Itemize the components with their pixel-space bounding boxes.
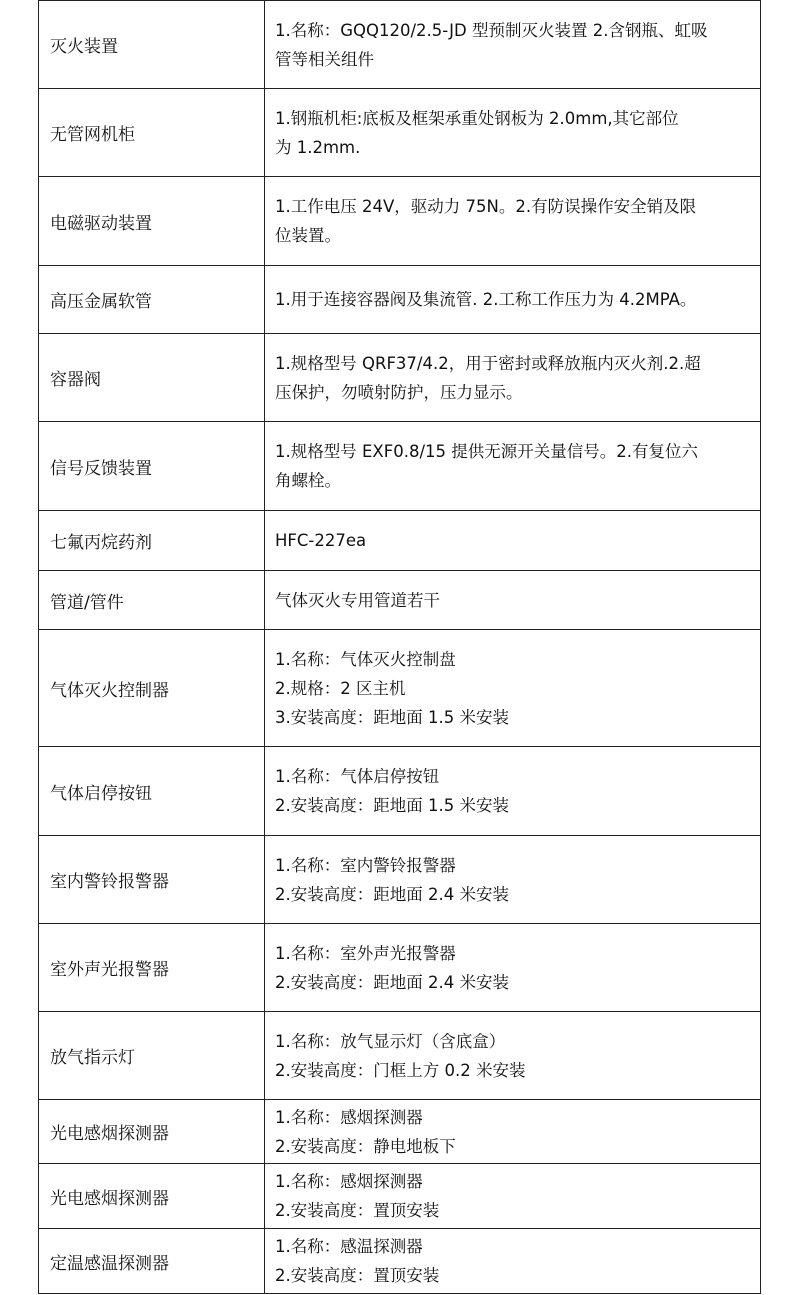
equipment-name: 七氟丙烷药剂 xyxy=(50,533,152,553)
equipment-name-cell: 信号反馈装置 xyxy=(39,422,265,511)
table-row-3: 电磁驱动装置 1.工作电压 24V，驱动力 75N。2.有防误操作安全销及限位装… xyxy=(39,177,761,266)
description-line: 1.名称：气体启停按钮 xyxy=(275,762,752,791)
equipment-description-cell: HFC-227ea xyxy=(265,511,761,571)
equipment-name: 高压金属软管 xyxy=(50,292,152,312)
equipment-name: 室内警铃报警器 xyxy=(50,872,169,892)
description-line: 2.安装高度：距地面 2.4 米安装 xyxy=(275,968,752,997)
equipment-description-cell: 1.名称：感烟探测器2.安装高度：置顶安装 xyxy=(265,1164,761,1229)
description-line: 2.规格：2 区主机 xyxy=(275,674,752,703)
spec-table-body: 灭火装置 1.名称：GQQ120/2.5-JD 型预制灭火装置 2.含钢瓶、虹吸… xyxy=(39,1,761,1294)
table-row-1: 灭火装置 1.名称：GQQ120/2.5-JD 型预制灭火装置 2.含钢瓶、虹吸… xyxy=(39,1,761,89)
equipment-name: 无管网机柜 xyxy=(50,125,135,145)
description-line: 1.名称：感烟探测器 xyxy=(275,1103,752,1132)
equipment-description-cell: 1.名称：放气显示灯（含底盒）2.安装高度：门框上方 0.2 米安装 xyxy=(265,1012,761,1100)
equipment-description-cell: 1.名称：气体启停按钮2.安装高度：距地面 1.5 米安装 xyxy=(265,747,761,836)
equipment-description-cell: 气体灭火专用管道若干 xyxy=(265,571,761,630)
description-line: 角螺栓。 xyxy=(275,466,752,495)
equipment-name: 室外声光报警器 xyxy=(50,960,169,980)
description-line: 1.名称：GQQ120/2.5-JD 型预制灭火装置 2.含钢瓶、虹吸 xyxy=(275,16,752,45)
description-line: 1.名称：放气显示灯（含底盒） xyxy=(275,1027,752,1056)
equipment-name: 放气指示灯 xyxy=(50,1048,135,1068)
equipment-name-cell: 室外声光报警器 xyxy=(39,924,265,1012)
equipment-description-cell: 1.工作电压 24V，驱动力 75N。2.有防误操作安全销及限位装置。 xyxy=(265,177,761,266)
description-line: 气体灭火专用管道若干 xyxy=(275,586,752,615)
equipment-name: 定温感温探测器 xyxy=(50,1254,169,1274)
description-line: 1.工作电压 24V，驱动力 75N。2.有防误操作安全销及限 xyxy=(275,192,752,221)
equipment-name: 容器阀 xyxy=(50,370,101,390)
equipment-name: 气体启停按钮 xyxy=(50,784,152,804)
equipment-name-cell: 气体灭火控制器 xyxy=(39,630,265,747)
equipment-description-cell: 1.用于连接容器阀及集流管. 2.工称工作压力为 4.2MPA。 xyxy=(265,266,761,334)
table-row-9: 气体灭火控制器 1.名称：气体灭火控制盘2.规格：2 区主机3.安装高度：距地面… xyxy=(39,630,761,747)
equipment-name-cell: 气体启停按钮 xyxy=(39,747,265,836)
table-row-14: 光电感烟探测器 1.名称：感烟探测器2.安装高度：静电地板下 xyxy=(39,1100,761,1164)
equipment-name: 气体灭火控制器 xyxy=(50,681,169,701)
table-row-13: 放气指示灯 1.名称：放气显示灯（含底盒）2.安装高度：门框上方 0.2 米安装 xyxy=(39,1012,761,1100)
equipment-name: 管道/管件 xyxy=(50,593,124,613)
equipment-description-cell: 1.名称：气体灭火控制盘2.规格：2 区主机3.安装高度：距地面 1.5 米安装 xyxy=(265,630,761,747)
description-line: 1.名称：气体灭火控制盘 xyxy=(275,645,752,674)
description-line: 1.名称：室外声光报警器 xyxy=(275,939,752,968)
table-row-10: 气体启停按钮 1.名称：气体启停按钮2.安装高度：距地面 1.5 米安装 xyxy=(39,747,761,836)
table-row-5: 容器阀 1.规格型号 QRF37/4.2，用于密封或释放瓶内灭火剂.2.超压保护… xyxy=(39,334,761,422)
equipment-description-cell: 1.名称：GQQ120/2.5-JD 型预制灭火装置 2.含钢瓶、虹吸管等相关组… xyxy=(265,1,761,89)
equipment-name: 信号反馈装置 xyxy=(50,459,152,479)
equipment-spec-table: 灭火装置 1.名称：GQQ120/2.5-JD 型预制灭火装置 2.含钢瓶、虹吸… xyxy=(38,0,761,1294)
table-row-16: 定温感温探测器 1.名称：感温探测器2.安装高度：置顶安装 xyxy=(39,1229,761,1294)
table-row-4: 高压金属软管 1.用于连接容器阀及集流管. 2.工称工作压力为 4.2MPA。 xyxy=(39,266,761,334)
description-line: 3.安装高度：距地面 1.5 米安装 xyxy=(275,703,752,732)
equipment-name-cell: 高压金属软管 xyxy=(39,266,265,334)
description-line: 2.安装高度：距地面 1.5 米安装 xyxy=(275,791,752,820)
equipment-description-cell: 1.名称：感温探测器2.安装高度：置顶安装 xyxy=(265,1229,761,1294)
equipment-description-cell: 1.名称：室外声光报警器2.安装高度：距地面 2.4 米安装 xyxy=(265,924,761,1012)
equipment-description-cell: 1.名称：感烟探测器2.安装高度：静电地板下 xyxy=(265,1100,761,1164)
description-line: 2.安装高度：门框上方 0.2 米安装 xyxy=(275,1056,752,1085)
description-line: 2.安装高度：静电地板下 xyxy=(275,1132,752,1161)
equipment-name-cell: 无管网机柜 xyxy=(39,89,265,177)
equipment-name-cell: 光电感烟探测器 xyxy=(39,1100,265,1164)
description-line: 位装置。 xyxy=(275,221,752,250)
description-line: 1.钢瓶机柜:底板及框架承重处钢板为 2.0mm,其它部位 xyxy=(275,104,752,133)
table-row-6: 信号反馈装置 1.规格型号 EXF0.8/15 提供无源开关量信号。2.有复位六… xyxy=(39,422,761,511)
description-line: 1.名称：室内警铃报警器 xyxy=(275,851,752,880)
description-line: 1.规格型号 QRF37/4.2，用于密封或释放瓶内灭火剂.2.超 xyxy=(275,349,752,378)
equipment-name-cell: 管道/管件 xyxy=(39,571,265,630)
description-line: 压保护，勿喷射防护，压力显示。 xyxy=(275,378,752,407)
equipment-name: 光电感烟探测器 xyxy=(50,1124,169,1144)
description-line: HFC-227ea xyxy=(275,526,752,555)
description-line: 2.安装高度：置顶安装 xyxy=(275,1261,752,1290)
equipment-name-cell: 七氟丙烷药剂 xyxy=(39,511,265,571)
equipment-description-cell: 1.规格型号 EXF0.8/15 提供无源开关量信号。2.有复位六角螺栓。 xyxy=(265,422,761,511)
description-line: 2.安装高度：距地面 2.4 米安装 xyxy=(275,880,752,909)
equipment-name-cell: 定温感温探测器 xyxy=(39,1229,265,1294)
equipment-description-cell: 1.名称：室内警铃报警器2.安装高度：距地面 2.4 米安装 xyxy=(265,836,761,924)
equipment-name: 光电感烟探测器 xyxy=(50,1189,169,1209)
equipment-name: 灭火装置 xyxy=(50,37,118,57)
equipment-name-cell: 容器阀 xyxy=(39,334,265,422)
description-line: 1.名称：感烟探测器 xyxy=(275,1167,752,1196)
table-row-7: 七氟丙烷药剂 HFC-227ea xyxy=(39,511,761,571)
equipment-name-cell: 放气指示灯 xyxy=(39,1012,265,1100)
equipment-name-cell: 电磁驱动装置 xyxy=(39,177,265,266)
equipment-name: 电磁驱动装置 xyxy=(50,214,152,234)
equipment-name-cell: 室内警铃报警器 xyxy=(39,836,265,924)
description-line: 1.名称：感温探测器 xyxy=(275,1232,752,1261)
description-line: 为 1.2mm. xyxy=(275,133,752,162)
table-row-12: 室外声光报警器 1.名称：室外声光报警器2.安装高度：距地面 2.4 米安装 xyxy=(39,924,761,1012)
table-row-15: 光电感烟探测器 1.名称：感烟探测器2.安装高度：置顶安装 xyxy=(39,1164,761,1229)
table-row-11: 室内警铃报警器 1.名称：室内警铃报警器2.安装高度：距地面 2.4 米安装 xyxy=(39,836,761,924)
table-row-2: 无管网机柜 1.钢瓶机柜:底板及框架承重处钢板为 2.0mm,其它部位为 1.2… xyxy=(39,89,761,177)
equipment-description-cell: 1.钢瓶机柜:底板及框架承重处钢板为 2.0mm,其它部位为 1.2mm. xyxy=(265,89,761,177)
equipment-name-cell: 光电感烟探测器 xyxy=(39,1164,265,1229)
description-line: 管等相关组件 xyxy=(275,45,752,74)
equipment-name-cell: 灭火装置 xyxy=(39,1,265,89)
table-row-8: 管道/管件 气体灭火专用管道若干 xyxy=(39,571,761,630)
equipment-description-cell: 1.规格型号 QRF37/4.2，用于密封或释放瓶内灭火剂.2.超压保护，勿喷射… xyxy=(265,334,761,422)
description-line: 2.安装高度：置顶安装 xyxy=(275,1196,752,1225)
description-line: 1.规格型号 EXF0.8/15 提供无源开关量信号。2.有复位六 xyxy=(275,437,752,466)
description-line: 1.用于连接容器阀及集流管. 2.工称工作压力为 4.2MPA。 xyxy=(275,285,752,314)
